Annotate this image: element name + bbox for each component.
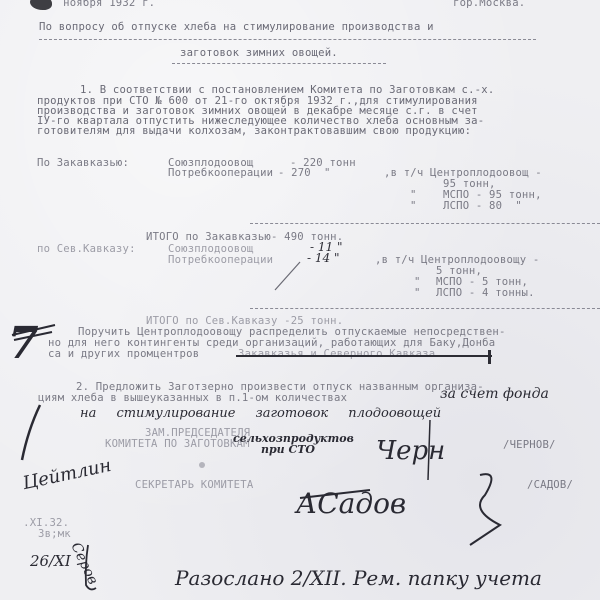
archival-document-page: ноября 1932 г. гор.Москва. По вопросу об… [0, 0, 600, 600]
pen-strokes [0, 0, 600, 600]
